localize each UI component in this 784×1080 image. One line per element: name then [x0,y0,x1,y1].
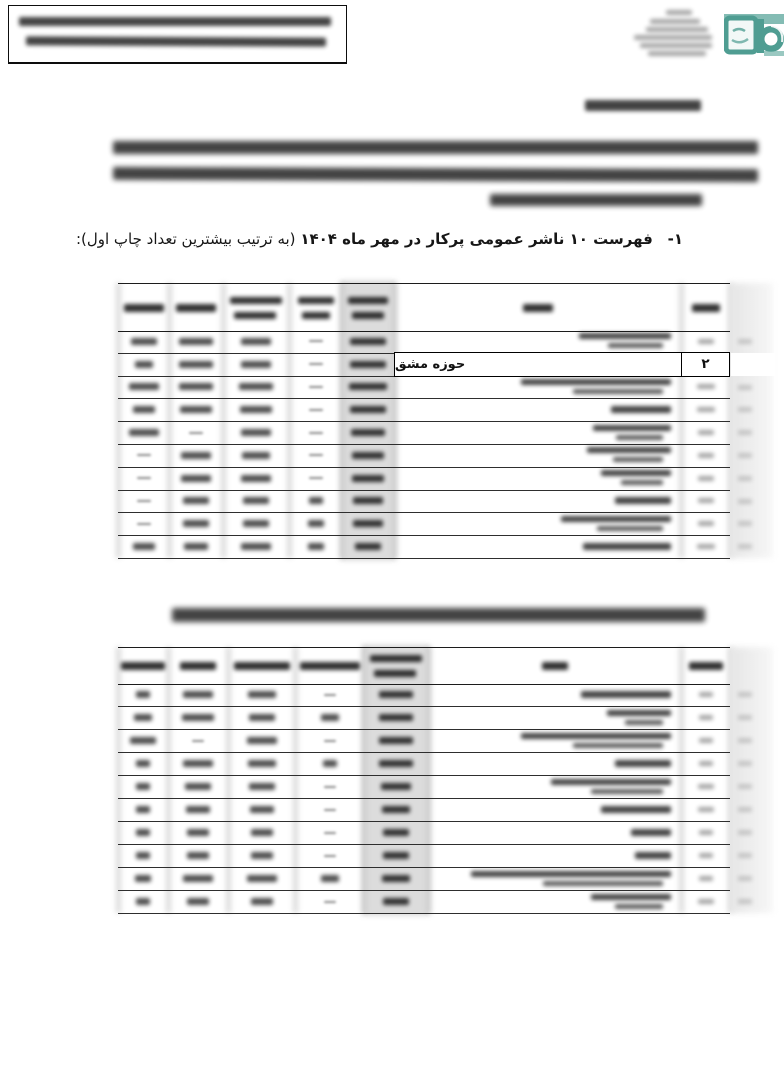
redacted-text [543,881,663,886]
redacted-text [738,715,752,720]
redacted-text [352,312,384,319]
redacted-text [248,760,276,767]
redacted-text [608,343,663,348]
redacted-text [381,783,411,790]
table-row [118,398,730,422]
redacted-text [370,655,422,662]
redacted-text [321,875,339,882]
redacted-text [383,852,409,859]
redacted-text [650,19,700,24]
redacted-text [129,383,159,390]
redacted-text [247,875,277,882]
redacted-text [309,454,323,456]
redacted-text [699,738,713,743]
redacted-text [309,340,323,342]
redacted-text [666,10,692,15]
redacted-text [131,338,157,345]
redacted-text [300,662,360,670]
redacted-text [298,297,334,304]
redacted-text [192,740,204,742]
redacted-text [573,743,663,748]
redacted-text [183,520,209,527]
redacted-text [350,361,386,368]
highlight-clear-margin [731,353,775,376]
heading-number: ۱- [668,230,683,248]
redacted-text [379,714,413,721]
redacted-text [521,379,671,385]
redacted-text [183,875,213,882]
redacted-text [698,521,714,526]
redacted-text [698,430,714,435]
organization-logo-icon [724,7,784,63]
redacted-text [689,662,723,670]
redacted-text [241,475,271,482]
redacted-text [383,898,409,905]
redacted-text [490,194,702,206]
redacted-text [551,779,671,785]
redacted-text [573,389,663,394]
table-row [118,844,730,868]
redacted-text [738,738,752,743]
table-row [118,890,730,914]
redacted-text [134,714,152,721]
redacted-text [179,383,213,390]
redacted-text [616,435,663,440]
redacted-text [309,432,323,434]
redacted-text [136,783,150,790]
redacted-text [247,737,277,744]
redacted-text [136,806,150,813]
redacted-text [179,338,213,345]
redacted-text [352,452,384,459]
table-row [118,752,730,776]
redacted-text [699,830,713,835]
redacted-text [186,806,210,813]
redacted-text [136,829,150,836]
highlighted-row: حوزه مشق۲ [394,352,730,377]
redacted-text [242,452,270,459]
redacted-text [738,339,752,344]
redacted-text [137,523,151,525]
redacted-text [698,899,714,904]
redacted-text [129,429,159,436]
redacted-text [601,806,671,813]
redacted-text [561,516,671,522]
redacted-text [136,760,150,767]
redacted-text [738,385,752,390]
redacted-text [471,871,671,877]
redacted-text [634,35,712,40]
redacted-text [130,737,156,744]
document-page: ۱- فهرست ۱۰ ناشر عمومی پرکار در مهر ماه … [0,0,784,1080]
redacted-text [698,453,714,458]
redacted-text [738,692,752,697]
redacted-text [251,829,273,836]
redacted-text [135,361,153,368]
redacted-text [615,497,671,504]
redacted-text [324,809,336,811]
redacted-text [183,497,209,504]
redacted-text [738,430,752,435]
redacted-text [697,384,715,389]
redacted-text [523,304,553,312]
redacted-text [379,760,413,767]
blur-bleed-band [731,283,773,558]
redacted-text [615,760,671,767]
redacted-text [243,497,269,504]
redacted-text [113,141,758,154]
redacted-text [308,520,324,527]
table-row [118,421,730,445]
redacted-text [587,447,671,453]
redacted-text [172,608,705,622]
heading-subtitle: (به ترتیب بیشترین تعداد چاپ اول): [76,230,296,248]
redacted-text [648,51,706,56]
redacted-text [133,543,155,550]
redacted-text [738,476,752,481]
redacted-text [621,480,663,485]
redacted-text [181,475,211,482]
redacted-text [738,807,752,812]
redacted-text [597,526,663,531]
redacted-text [607,710,671,716]
redacted-text [181,452,211,459]
redacted-text [646,27,708,32]
table-row [118,729,730,753]
publishers-table-1: حوزه مشق۲ [118,283,730,558]
redacted-text [542,662,568,670]
blur-bleed-band [731,647,773,913]
redacted-text [184,543,208,550]
redacted-text [640,43,712,48]
redacted-text [251,852,273,859]
redacted-text [699,876,713,881]
redacted-text [581,691,671,698]
redacted-text [309,409,323,411]
redacted-text [180,406,212,413]
redacted-text [349,383,387,390]
redacted-text [243,520,269,527]
redacted-text [692,304,720,312]
redacted-text [738,453,752,458]
redacted-text [137,454,151,456]
highlighted-rank-value: ۲ [681,353,729,376]
redacted-text [324,786,336,788]
redacted-text [738,521,752,526]
redacted-text [230,297,282,304]
redacted-text [698,476,714,481]
redacted-text [353,497,383,504]
redacted-text [698,498,714,503]
redacted-text [698,339,714,344]
redacted-text [179,361,213,368]
redacted-text [324,901,336,903]
redacted-text [383,829,409,836]
redacted-text [738,407,752,412]
redacted-text [324,694,336,696]
redacted-text [353,520,383,527]
redacted-text [185,783,211,790]
redacted-text [241,361,271,368]
redacted-text [324,855,336,857]
redacted-text [234,312,276,319]
redacted-text [309,386,323,388]
redacted-text [699,761,713,766]
table-row [118,867,730,891]
table-row [118,376,730,400]
redacted-text [625,720,663,725]
redacted-text [189,432,203,434]
redacted-text [136,898,150,905]
redacted-text [350,406,386,413]
redacted-text [382,875,410,882]
redacted-text [738,544,752,549]
redacted-text [309,477,323,479]
redacted-text [382,806,410,813]
redacted-text [136,691,150,698]
redacted-text [738,761,752,766]
redacted-text [309,497,323,504]
redacted-text [615,904,663,909]
redacted-text [374,670,416,677]
redacted-text [249,783,275,790]
redacted-text [239,383,273,390]
redacted-text [187,898,209,905]
redacted-text [180,662,216,670]
section-heading: ۱- فهرست ۱۰ ناشر عمومی پرکار در مهر ماه … [76,227,683,251]
redacted-text [521,733,671,739]
redacted-text [251,898,273,905]
redacted-text [352,475,384,482]
redacted-text [187,852,209,859]
redacted-text [699,715,713,720]
redacted-text [176,304,216,312]
redacted-text [113,167,758,182]
redacted-text [241,429,271,436]
redacted-text [124,304,164,312]
redacted-text [698,807,714,812]
redacted-text [738,899,752,904]
table-row [118,798,730,822]
redacted-text [697,544,715,549]
table-row [118,512,730,536]
redacted-text [137,500,151,502]
redacted-text [379,737,413,744]
redacted-text [133,406,155,413]
redacted-text [350,338,386,345]
redacted-text [699,853,713,858]
redacted-text [591,894,671,900]
redacted-text [248,691,276,698]
table-row [118,330,730,354]
redacted-text [137,477,151,479]
redacted-text [309,363,323,365]
redacted-text [698,784,714,789]
redacted-text [697,407,715,412]
table-header-row [118,647,730,685]
redacted-text [738,853,752,858]
redacted-text [135,875,151,882]
redacted-text [19,17,331,26]
letterhead-box [8,5,347,64]
redacted-text [585,100,701,111]
redacted-text [241,543,271,550]
redacted-text [182,714,214,721]
publishers-table-2 [118,647,730,913]
redacted-text [635,852,671,859]
redacted-text [699,692,713,697]
heading-title: فهرست ۱۰ ناشر عمومی پرکار در مهر ماه ۱۴۰… [300,230,653,248]
table-row [118,706,730,730]
redacted-text [613,457,663,462]
redacted-text [738,830,752,835]
redacted-text [591,789,663,794]
redacted-text [355,543,381,550]
table-row [118,535,730,559]
redacted-text [183,691,213,698]
redacted-text [136,852,150,859]
table-row [118,490,730,514]
redacted-text [187,829,209,836]
table-row [118,775,730,799]
table-header-row [118,283,730,332]
redacted-text [601,470,671,476]
redacted-text [631,829,671,836]
redacted-text [583,543,671,550]
redacted-text [249,714,275,721]
redacted-text [183,760,213,767]
redacted-text [323,760,337,767]
redacted-text [351,429,385,436]
redacted-text [250,806,274,813]
redacted-text [240,406,272,413]
redacted-text [241,338,271,345]
redacted-text [738,876,752,881]
redacted-text [379,691,413,698]
table-row [118,683,730,707]
redacted-text [321,714,339,721]
redacted-text [302,312,331,319]
redacted-text [324,832,336,834]
table-row [118,467,730,491]
redacted-text [348,297,388,304]
redacted-text [308,543,324,550]
redacted-text [26,36,326,46]
redacted-text [579,333,671,339]
table-row [118,821,730,845]
table-row [118,444,730,468]
redacted-text [738,499,752,504]
redacted-text [234,662,290,670]
redacted-text [324,740,336,742]
redacted-text [593,425,671,431]
redacted-text [738,784,752,789]
redacted-text [611,406,671,413]
highlighted-publisher-name: حوزه مشق [395,353,681,376]
redacted-text [121,662,165,670]
